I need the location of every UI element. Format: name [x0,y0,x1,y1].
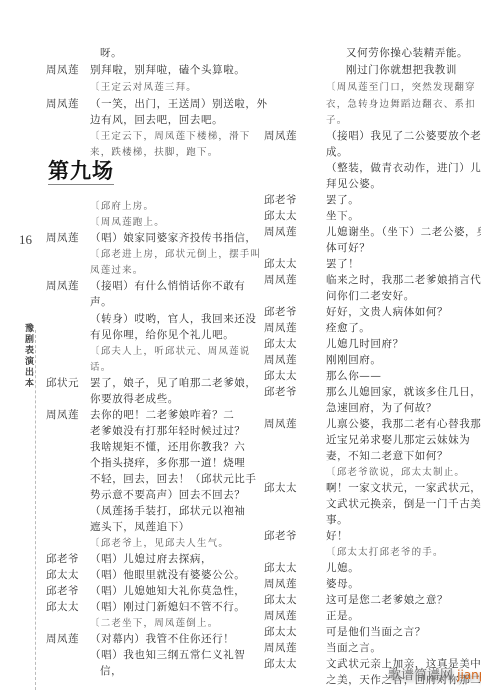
speaker-name: 邱老爷 [46,552,79,567]
dialogue-line: 儿媳。 [326,561,359,576]
speaker-name: 邱太太 [264,561,297,576]
speaker-name: 周凤莲 [264,129,297,144]
scene-title: 第九场 [48,158,114,185]
stage-direction: 话。 [90,360,111,375]
speaker-name: 邱太太 [46,568,79,583]
speaker-name: 邱太太 [264,481,297,496]
speaker-name: 周凤莲 [264,321,297,336]
dialogue-line: （接唱）有什么悄悄话你不敢有 [90,279,245,294]
dialogue-line: （唱）儿媳过府去探病， [90,552,212,567]
dialogue-line: 体可好？ [326,241,370,256]
dialogue-line: 拜见公婆。 [326,177,382,192]
dialogue-line: 不轻，回去，回去！（邱状元比手 [90,472,257,487]
stage-direction: 衣，急转身边舞蹈边翻衣、系扣 [326,97,476,112]
speaker-name: 邱老爷 [264,385,297,400]
stage-direction: 〔邱老爷欲说，邱太太制止。 [326,465,465,480]
speaker-name: 周凤莲 [46,231,79,246]
speaker-name: 周凤莲 [264,225,297,240]
speaker-name: 邱老爷 [46,584,79,599]
stage-direction: 〔邱太太打邱老爷的手。 [326,545,444,560]
dialogue-line: （唱）他眼里就没有婆婆公公。 [90,568,245,583]
dialogue-line: （转身）哎哟，官人，我回来还没 [90,312,257,327]
speaker-name: 周凤莲 [264,417,297,432]
dialogue-line: 儿媳谢坐。（坐下）二老公婆，身 [326,225,481,240]
dialogue-line: （凤莲扬手装打，邱状元以袍袖 [90,504,245,519]
dialogue-line: 问你们二老安好。 [326,289,415,304]
side-book-title: 豫剧表演出本 [25,324,37,390]
dialogue-line: 罢了！ [326,257,359,272]
dialogue-line: 好好，文贵人病体如何？ [326,305,448,320]
stage-direction: 〔周凤莲跑上。 [90,215,165,230]
dialogue-line: 近宝兄弟求娶儿那定云妹妹为 [326,433,470,448]
dialogue-line: 正是。 [326,609,359,624]
watermark-site-name: 歌谱简谱网 [388,668,453,683]
dialogue-line: 我啥规矩不懂，还用你教我？六 [90,440,245,455]
dialogue-line: 势示意不要高声）回去不回去？ [90,488,245,503]
stage-direction: 〔周凤莲至门口，突然发现翻穿 [326,80,476,95]
speaker-name: 周凤莲 [46,279,79,294]
speaker-name: 周凤莲 [46,97,79,112]
dialogue-line: （唱）娘家同婆家齐投传书指信， [90,231,257,246]
speaker-name: 邱太太 [264,257,297,272]
dialogue-line: 啊！一家文状元，一家武状元， [326,481,481,496]
speaker-name: 周凤莲 [46,63,79,78]
dialogue-line: 成。 [326,145,348,160]
speaker-name: 邱老爷 [264,529,297,544]
speaker-name: 邱老爷 [264,193,297,208]
speaker-name: 周凤莲 [264,641,297,656]
speaker-name: 周凤莲 [264,273,297,288]
dialogue-line: 这可是您二老爹娘之意？ [326,593,448,608]
speaker-name: 邱太太 [264,625,297,640]
page-number: 16 [19,232,32,248]
dialogue-line: 声。 [90,295,112,310]
dialogue-line: 当面之言。 [326,641,382,656]
speaker-name: 周凤莲 [264,609,297,624]
stage-direction: 〔二老坐下，周凤莲倒上。 [90,616,218,631]
dialogue-line: 边有风，回去吧，回去吧。 [90,113,223,128]
stage-direction: 〔王定云下，周凤莲下楼梯，滑下 [90,129,251,144]
stage-direction: 来，跌楼梯，扶脚，跑下。 [90,145,218,160]
dialogue-line: 那么儿媳回家，就该多住几日， [326,385,481,400]
dialogue-line: （一笑，出门，王送周）别送啦，外 [90,97,268,112]
speaker-name: 邱状元 [46,376,79,391]
dialogue-line: 儿媳几时回府？ [326,337,404,352]
stage-direction: 〔邱夫人上，听邱状元、周凤莲说 [90,344,251,359]
stage-direction: 〔王定云对凤莲三拜。 [90,80,197,95]
dialogue-line: 可是他们当面之言？ [326,625,426,640]
dialogue-line: （对幕内）我管不住你还行！ [90,632,234,647]
dialogue-line: 临来之时，我那二老爹娘捎言代 [326,273,481,288]
dialogue-line: 你要放得老成些。 [90,392,179,407]
speaker-name: 邱太太 [264,337,297,352]
dialogue-line: 好！ [326,529,348,544]
dialogue-line: 事。 [326,513,348,528]
dialogue-line: 呀。 [100,46,122,61]
speaker-name: 邱老爷 [264,305,297,320]
dialogue-line: （唱）儿媳她知大礼你莫急性， [90,584,245,599]
dialogue-line: 文武状元换亲，倒是一门千古美 [326,497,481,512]
dialogue-line: 去你的吧！二老爹娘咋着？二 [90,408,234,423]
dialogue-line: 遮头下，凤莲追下） [90,520,190,535]
dialogue-line: 痊愈了。 [326,321,370,336]
dialogue-line: （整装，做青衣动作，进门）儿媳 [326,161,481,176]
dialogue-line: 个指头挠痒，多你那一道！烧哩 [90,456,245,471]
watermark: 歌谱简谱网 jianpu.cn [388,664,481,683]
stage-direction: 〔邱府上房。 [90,199,154,214]
dialogue-line: （唱）我也知三纲五常仁义礼智 [90,648,245,663]
dialogue-line: 又何劳你操心装精弄能。 [346,46,468,61]
dialogue-line: （唱）刚过门新媳妇不管不行。 [90,600,245,615]
dialogue-line: 罢了，娘子，见了咱那二老爹娘， [90,376,257,391]
speaker-name: 邱太太 [46,600,79,615]
dialogue-line: 刚刚回府。 [326,353,382,368]
dialogue-line: 信， [100,664,122,679]
stage-direction: 〔邱老爷上，见邱夫人生气。 [90,536,229,551]
dialogue-line: 有见你哩，给你见个礼儿吧。 [90,328,234,343]
speaker-name: 周凤莲 [264,353,297,368]
speaker-name: 邱太太 [264,657,297,672]
dialogue-line: 那么你—— [326,369,382,384]
stage-direction: 〔邱老进上房，邱状元倒上，摆手叫 [90,247,261,262]
stage-direction: 子。 [326,113,347,128]
dialogue-line: 急速回府，为了何故？ [326,401,437,416]
dialogue-line: 罢了。 [326,193,359,208]
speaker-name: 周凤莲 [46,632,79,647]
dialogue-line: 妻，不知二老意下如何？ [326,449,448,464]
dialogue-line: （接唱）我见了二公婆要放个老 [326,129,481,144]
speaker-name: 邱太太 [264,593,297,608]
speaker-name: 邱太太 [264,209,297,224]
dialogue-line: 婆母。 [326,577,359,592]
speaker-name: 周凤莲 [46,408,79,423]
stage-direction: 凤莲过来。 [90,263,144,278]
dialogue-line: 别拜啦，别拜啦，磕个头算啦。 [90,63,245,78]
dialogue-line: 坐下。 [326,209,359,224]
dialogue-line: 刚过门你就想把我教训 [346,63,457,78]
speaker-name: 周凤莲 [264,577,297,592]
watermark-domain: jianpu.cn [457,668,481,682]
dialogue-line: 儿禀公婆，我那二老有心替我那 [326,417,481,432]
speaker-name: 邱太太 [264,369,297,384]
dialogue-line: 老爹娘没有打那年轻时候过过？ [90,424,245,439]
